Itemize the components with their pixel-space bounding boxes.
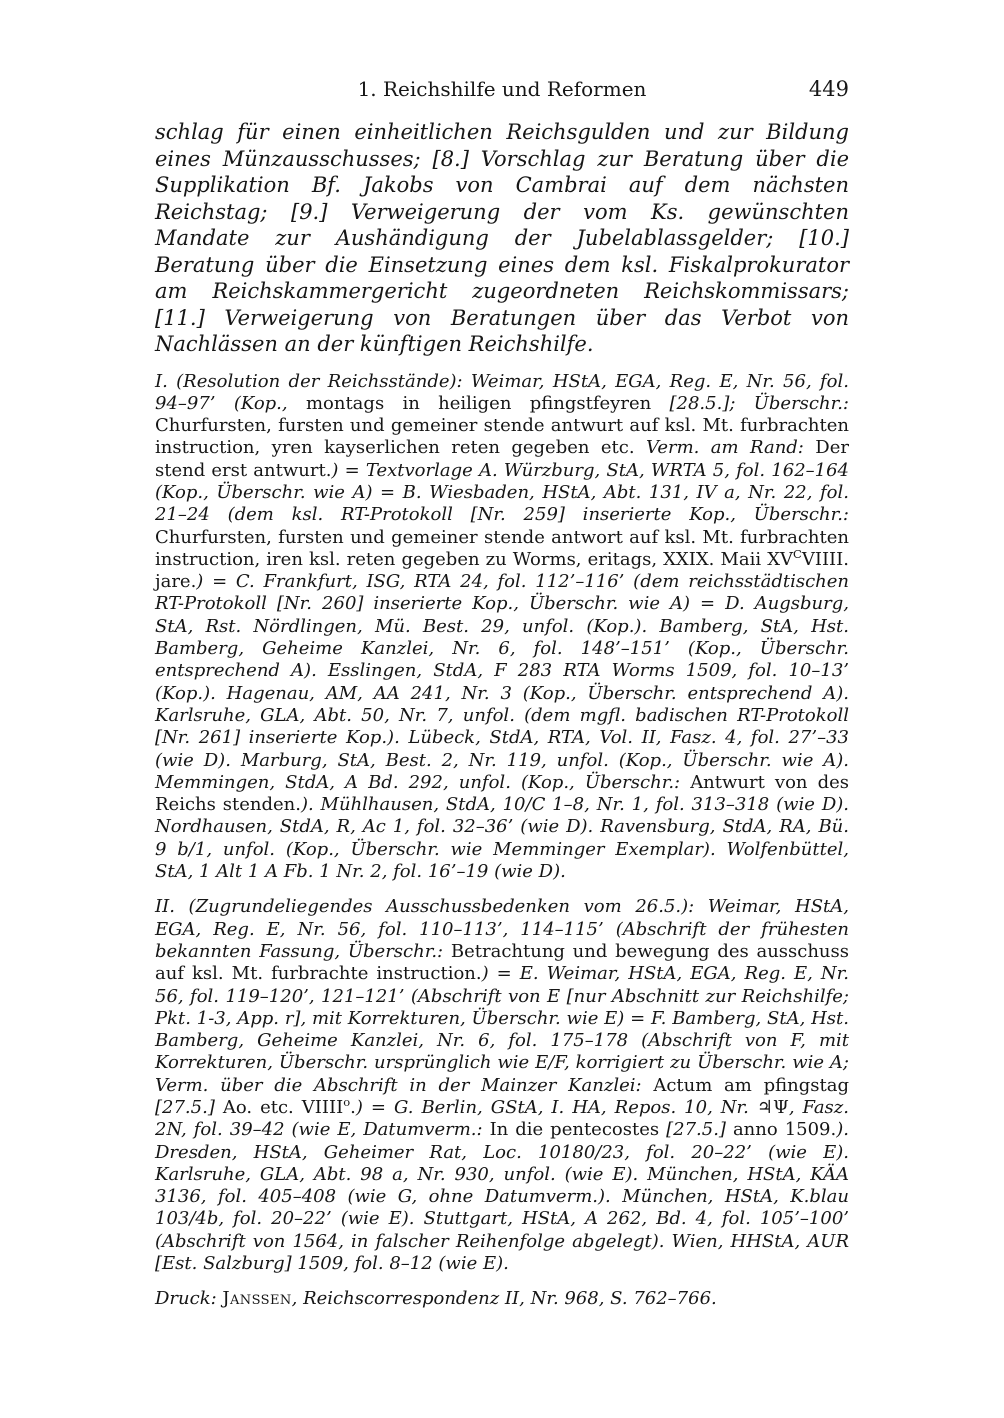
text-segment: [27.5.]: [155, 1097, 223, 1118]
page-number: 449: [809, 76, 849, 102]
text-column: 1. Reichshilfe und Reformen 449 schlag f…: [155, 76, 849, 1324]
text-segment: Verm. am Rand:: [646, 437, 815, 458]
text-segment: [27.5.]: [666, 1119, 733, 1140]
source-note-2: II. (Zugrundeliegendes Ausschussbedenken…: [155, 896, 849, 1275]
text-segment: Janssen: [222, 1288, 291, 1309]
text-segment: [28.5.]; Überschr.:: [670, 393, 850, 414]
text-segment: anno 1509.: [733, 1119, 836, 1140]
text-segment: Ao. etc. VIIII: [223, 1097, 343, 1118]
text-segment: Churfursten, fursten und gemeiner stende…: [155, 527, 849, 570]
text-segment: In die pentecostes: [490, 1119, 667, 1140]
continuation-paragraph: schlag für einen einheitlichen Reichsgul…: [155, 119, 849, 358]
text-segment: , Reichscorrespondenz II, Nr. 968, S. 76…: [292, 1288, 717, 1309]
text-segment: C: [793, 547, 802, 561]
text-segment: schlag für einen einheitlichen Reichsgul…: [155, 120, 849, 356]
text-segment: ) = G. Berlin, GStA, I. HA, Repos. 10, N…: [356, 1097, 757, 1118]
text-segment: ♃Ψ: [757, 1097, 789, 1118]
text-segment: Actum am pfingstag: [653, 1075, 849, 1096]
running-header: 1. Reichshilfe und Reformen 449: [155, 76, 849, 102]
section-heading: 1. Reichshilfe und Reformen: [358, 77, 647, 101]
text-segment: Druck:: [155, 1288, 222, 1309]
book-page: 1. Reichshilfe und Reformen 449 schlag f…: [0, 0, 1004, 1418]
text-segment: ). Dresden, HStA, Geheimer Rat, Loc. 101…: [155, 1119, 849, 1274]
source-note-1: I. (Resolution der Reichsstände): Weimar…: [155, 371, 849, 884]
print-reference: Druck: Janssen, Reichscorrespondenz II, …: [155, 1288, 849, 1310]
text-segment: ) = C. Frankfurt, ISG, RTA 24, fol. 112’…: [155, 571, 849, 793]
text-segment: montags in heiligen pfingstfeyren: [306, 393, 670, 414]
